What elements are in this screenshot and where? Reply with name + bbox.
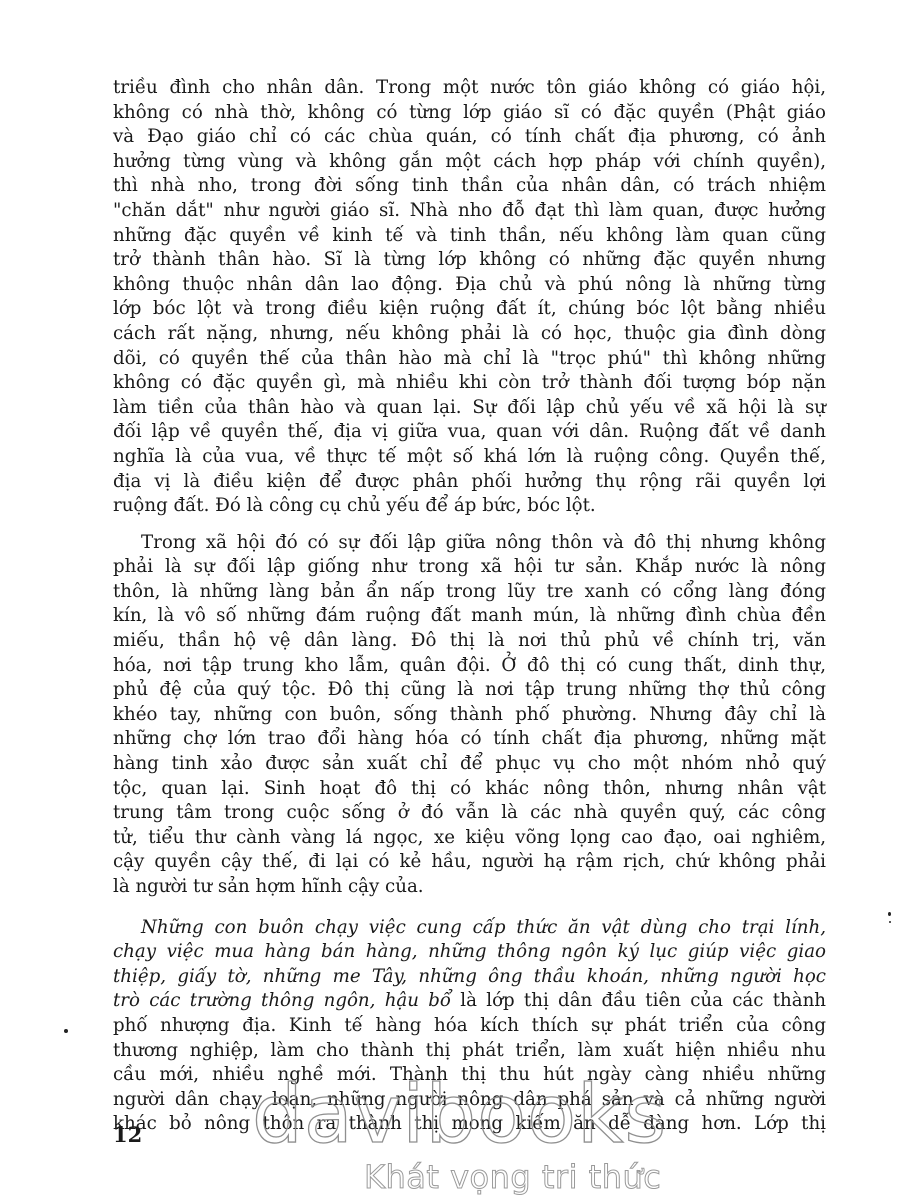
paragraph-gap — [113, 900, 826, 916]
text-line: cách rất nặng, nhưng, nếu không phải là … — [113, 322, 826, 347]
text-line: kín, là vô số những đám ruộng đất manh m… — [113, 604, 826, 629]
text-line: cậy quyền cậy thế, đi lại có kẻ hầu, ngư… — [113, 850, 826, 875]
text-line: hàng tinh xảo được sản xuất chỉ để phục … — [113, 752, 826, 777]
normal-segment: là lớp thị dân đầu tiên của các thành — [451, 990, 826, 1011]
text-line: làm tiền của thân hào và quan lại. Sự đố… — [113, 396, 826, 421]
paragraph-gap — [113, 519, 826, 531]
text-line: trung tâm trong cuộc sống ở đó vẫn là cá… — [113, 801, 826, 826]
text-line: ruộng đất. Đó là công cụ chủ yếu để áp b… — [113, 494, 826, 519]
text-line: địa vị là điều kiện để được phân phối hư… — [113, 470, 826, 495]
text-line: Trong xã hội đó có sự đối lập giữa nông … — [113, 531, 826, 556]
text-line: tộc, quan lại. Sinh hoạt đô thị có khác … — [113, 777, 826, 802]
watermark-slogan: Khát vọng tri thức — [364, 1158, 661, 1196]
text-line: phải là sự đối lập giống như trong xã hộ… — [113, 555, 826, 580]
paragraph-2: Trong xã hội đó có sự đối lập giữa nông … — [113, 531, 826, 900]
italic-text-line: chạy việc mua hàng bán hàng, những thông… — [113, 940, 826, 965]
text-line: tử, tiểu thư cành vàng lá ngọc, xe kiệu … — [113, 826, 826, 851]
text-line: phủ đệ của quý tộc. Đô thị cũng là nơi t… — [113, 678, 826, 703]
italic-text-line: thiệp, giấy tờ, những me Tây, những ông … — [113, 965, 826, 990]
text-line: dõi, có quyền thế của thân hào mà chỉ là… — [113, 347, 826, 372]
text-line: phố nhượng địa. Kinh tế hàng hóa kích th… — [113, 1014, 826, 1039]
text-line: thì nhà nho, trong đời sống tinh thần củ… — [113, 174, 826, 199]
text-line: nghĩa là của vua, về thực tế một số khá … — [113, 445, 826, 470]
text-line: những đặc quyền về kinh tế và tinh thần,… — [113, 224, 826, 249]
italic-text-line: Những con buôn chạy việc cung cấp thức ă… — [113, 916, 826, 941]
text-line: lớp bóc lột và trong điều kiện ruộng đất… — [113, 297, 826, 322]
document-page: triều đình cho nhân dân. Trong một nước … — [113, 76, 826, 1137]
text-line: thôn, là những làng bản ẩn nấp trong lũy… — [113, 580, 826, 605]
text-line: những chợ lớn trao đổi hàng hóa có tính … — [113, 727, 826, 752]
text-line: khéo tay, những con buôn, sống thành phố… — [113, 703, 826, 728]
page-number: 12 — [113, 1122, 142, 1147]
scan-speck — [889, 921, 891, 923]
text-line: hưởng từng vùng và không gắn một cách hợ… — [113, 150, 826, 175]
text-line: hóa, nơi tập trung kho lẫm, quân đội. Ở … — [113, 654, 826, 679]
watermark-brand: davibooks — [252, 1068, 667, 1161]
text-line: miếu, thần hộ vệ dân làng. Đô thị là nơi… — [113, 629, 826, 654]
mixed-text-line: trò các trường thông ngôn, hậu bổ là lớp… — [113, 989, 826, 1014]
text-line: trở thành thân hào. Sĩ là từng lớp không… — [113, 248, 826, 273]
paragraph-1: triều đình cho nhân dân. Trong một nước … — [113, 76, 826, 519]
text-line: không có nhà thờ, không có từng lớp giáo… — [113, 101, 826, 126]
text-line: triều đình cho nhân dân. Trong một nước … — [113, 76, 826, 101]
text-line: thương nghiệp, làm cho thành thị phát tr… — [113, 1039, 826, 1064]
text-line: đối lập về quyền thế, địa vị giữa vua, q… — [113, 420, 826, 445]
text-line: không có đặc quyền gì, mà nhiều khi còn … — [113, 371, 826, 396]
text-line: là người tư sản hợm hĩnh cậy của. — [113, 875, 826, 900]
text-line: và Đạo giáo chỉ có các chùa quán, có tín… — [113, 125, 826, 150]
scan-speck — [64, 1029, 68, 1033]
scan-speck — [888, 912, 891, 916]
text-line: không thuộc nhân dân lao động. Địa chủ v… — [113, 273, 826, 298]
italic-segment: trò các trường thông ngôn, hậu bổ — [113, 990, 451, 1011]
text-line: "chăn dắt" như người giáo sĩ. Nhà nho đỗ… — [113, 199, 826, 224]
